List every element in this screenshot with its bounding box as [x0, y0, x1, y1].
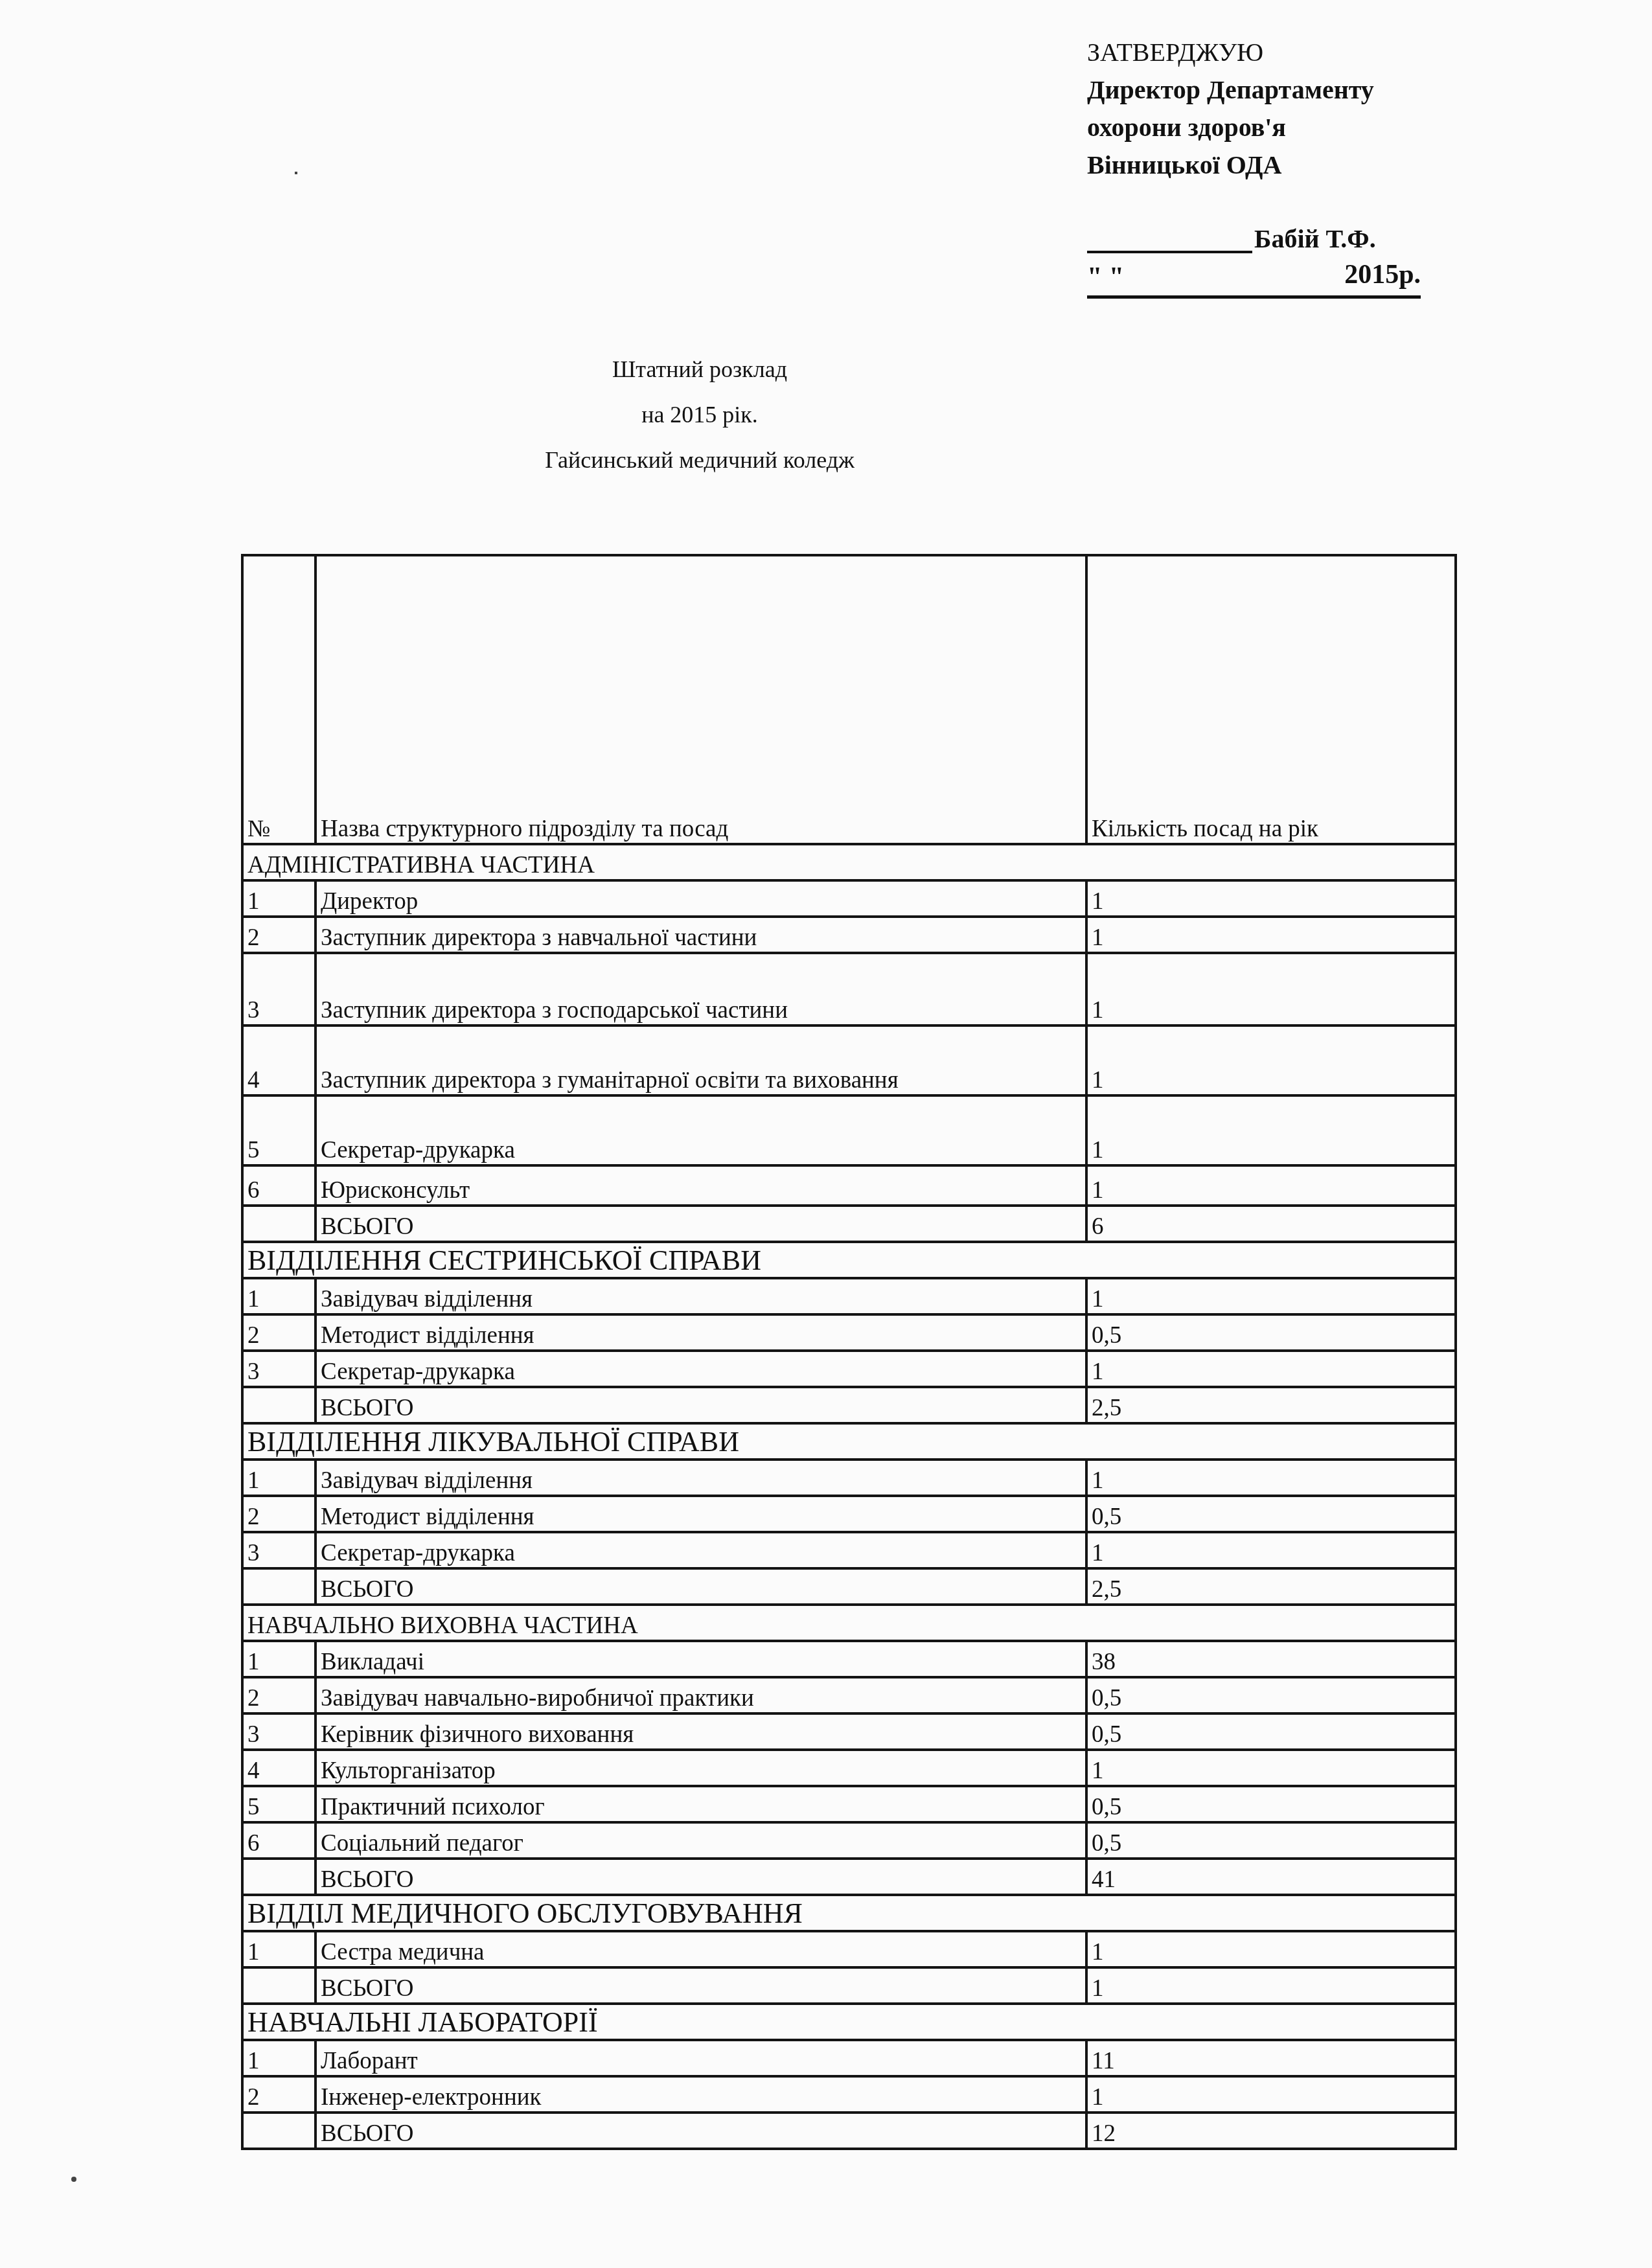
total-label: ВСЬОГО — [315, 2113, 1086, 2149]
position-quantity: 0,5 — [1086, 1786, 1456, 1822]
table-row: 3Заступник директора з господарської час… — [242, 953, 1456, 1025]
section-total-row: ВСЬОГО12 — [242, 2113, 1456, 2149]
position-quantity: 38 — [1086, 1641, 1456, 1677]
signature-line — [1087, 251, 1252, 253]
date-day-blank: " " — [1087, 262, 1124, 293]
position-quantity: 1 — [1086, 1532, 1456, 1568]
total-label: ВСЬОГО — [315, 1387, 1086, 1423]
row-number: 1 — [242, 1931, 315, 1967]
table-row: 3Секретар-друкарка1 — [242, 1351, 1456, 1387]
total-number-cell — [242, 1967, 315, 2004]
position-name: Юрисконсульт — [315, 1165, 1086, 1206]
approval-date-row: " " 2015р. — [1087, 259, 1421, 299]
row-number: 1 — [242, 2040, 315, 2076]
position-name: Секретар-друкарка — [315, 1532, 1086, 1568]
section-title: АДМІНІСТРАТИВНА ЧАСТИНА — [242, 844, 1456, 880]
total-number-cell — [242, 1859, 315, 1895]
table-row: 2Заступник директора з навчальної частин… — [242, 917, 1456, 953]
position-name: Завідувач навчально-виробничої практики — [315, 1677, 1086, 1713]
header-quantity: Кількість посад на рік — [1086, 555, 1456, 844]
table-row: 6Юрисконсульт1 — [242, 1165, 1456, 1206]
signatory-name: Бабій Т.Ф. — [1254, 223, 1376, 254]
section-header-row: ВІДДІЛЕННЯ СЕСТРИНСЬКОЇ СПРАВИ — [242, 1242, 1456, 1278]
section-total-row: ВСЬОГО2,5 — [242, 1387, 1456, 1423]
header-position-name: Назва структурного підрозділу та посад — [315, 555, 1086, 844]
table-row: 2Методист відділення0,5 — [242, 1314, 1456, 1351]
table-row: 1Завідувач відділення1 — [242, 1278, 1456, 1314]
total-label: ВСЬОГО — [315, 1206, 1086, 1242]
position-name: Інженер-електронник — [315, 2076, 1086, 2113]
row-number: 3 — [242, 1532, 315, 1568]
table-row: 6Соціальний педагог0,5 — [242, 1822, 1456, 1859]
row-number: 4 — [242, 1025, 315, 1095]
position-name: Заступник директора з навчальної частини — [315, 917, 1086, 953]
position-name: Директор — [315, 880, 1086, 917]
section-total-row: ВСЬОГО41 — [242, 1859, 1456, 1895]
position-name: Завідувач відділення — [315, 1278, 1086, 1314]
position-quantity: 0,5 — [1086, 1314, 1456, 1351]
position-quantity: 0,5 — [1086, 1822, 1456, 1859]
row-number: 5 — [242, 1095, 315, 1165]
table-row: 2Завідувач навчально-виробничої практики… — [242, 1677, 1456, 1713]
approval-position-line-1: Директор Департаменту — [1087, 71, 1450, 109]
position-name: Заступник директора з гуманітарної освіт… — [315, 1025, 1086, 1095]
position-name: Керівник фізичного виховання — [315, 1713, 1086, 1750]
section-header-row: ВІДДІЛЕННЯ ЛІКУВАЛЬНОЇ СПРАВИ — [242, 1423, 1456, 1460]
position-quantity: 1 — [1086, 1351, 1456, 1387]
section-header-row: ВІДДІЛ МЕДИЧНОГО ОБСЛУГОВУВАННЯ — [242, 1895, 1456, 1931]
position-name: Викладачі — [315, 1641, 1086, 1677]
approval-position-line-2: охорони здоров'я — [1087, 109, 1450, 146]
total-label: ВСЬОГО — [315, 1859, 1086, 1895]
position-quantity: 1 — [1086, 917, 1456, 953]
position-name: Сестра медична — [315, 1931, 1086, 1967]
row-number: 1 — [242, 1641, 315, 1677]
document-title: Штатний розклад на 2015 рік. Гайсинський… — [492, 350, 907, 486]
row-number: 3 — [242, 953, 315, 1025]
total-number-cell — [242, 1206, 315, 1242]
title-line-1: Штатний розклад — [492, 350, 907, 395]
approval-block: ЗАТВЕРДЖУЮ Директор Департаменту охорони… — [1087, 34, 1450, 184]
position-name: Практичний психолог — [315, 1786, 1086, 1822]
position-name: Заступник директора з господарської част… — [315, 953, 1086, 1025]
total-number-cell — [242, 1387, 315, 1423]
section-header-row: АДМІНІСТРАТИВНА ЧАСТИНА — [242, 844, 1456, 880]
position-quantity: 1 — [1086, 880, 1456, 917]
table-row: 2Інженер-електронник1 — [242, 2076, 1456, 2113]
total-value: 41 — [1086, 1859, 1456, 1895]
total-label: ВСЬОГО — [315, 1568, 1086, 1605]
table-row: 4Культорганізатор1 — [242, 1750, 1456, 1786]
position-name: Методист відділення — [315, 1314, 1086, 1351]
position-name: Соціальний педагог — [315, 1822, 1086, 1859]
row-number: 1 — [242, 880, 315, 917]
row-number: 5 — [242, 1786, 315, 1822]
position-quantity: 1 — [1086, 1165, 1456, 1206]
row-number: 6 — [242, 1822, 315, 1859]
position-name: Лаборант — [315, 2040, 1086, 2076]
table-row: 1Лаборант11 — [242, 2040, 1456, 2076]
total-value: 2,5 — [1086, 1568, 1456, 1605]
table-row: 3Секретар-друкарка1 — [242, 1532, 1456, 1568]
total-number-cell — [242, 2113, 315, 2149]
row-number: 3 — [242, 1351, 315, 1387]
section-title: НАВЧАЛЬНО ВИХОВНА ЧАСТИНА — [242, 1605, 1456, 1641]
position-quantity: 1 — [1086, 953, 1456, 1025]
row-number: 2 — [242, 1314, 315, 1351]
row-number: 2 — [242, 917, 315, 953]
position-quantity: 1 — [1086, 1025, 1456, 1095]
title-institution: Гайсинський медичний коледж — [395, 441, 1004, 486]
table-row: 5Секретар-друкарка1 — [242, 1095, 1456, 1165]
position-quantity: 0,5 — [1086, 1496, 1456, 1532]
total-value: 2,5 — [1086, 1387, 1456, 1423]
section-total-row: ВСЬОГО2,5 — [242, 1568, 1456, 1605]
table-row: 1Завідувач відділення1 — [242, 1460, 1456, 1496]
position-quantity: 11 — [1086, 2040, 1456, 2076]
position-quantity: 1 — [1086, 1460, 1456, 1496]
table-row: 2Методист відділення0,5 — [242, 1496, 1456, 1532]
date-year: 2015р. — [1344, 259, 1421, 290]
table-row: 5Практичний психолог0,5 — [242, 1786, 1456, 1822]
total-value: 1 — [1086, 1967, 1456, 2004]
total-value: 12 — [1086, 2113, 1456, 2149]
row-number: 3 — [242, 1713, 315, 1750]
position-quantity: 1 — [1086, 1750, 1456, 1786]
section-title: ВІДДІЛЕННЯ ЛІКУВАЛЬНОЇ СПРАВИ — [242, 1423, 1456, 1460]
position-quantity: 0,5 — [1086, 1713, 1456, 1750]
section-title: ВІДДІЛ МЕДИЧНОГО ОБСЛУГОВУВАННЯ — [242, 1895, 1456, 1931]
row-number: 2 — [242, 1496, 315, 1532]
signature-row: Бабій Т.Ф. — [1087, 223, 1424, 257]
row-number: 6 — [242, 1165, 315, 1206]
row-number: 2 — [242, 1677, 315, 1713]
row-number: 1 — [242, 1460, 315, 1496]
table-row: 4Заступник директора з гуманітарної осві… — [242, 1025, 1456, 1095]
section-header-row: НАВЧАЛЬНІ ЛАБОРАТОРІЇ — [242, 2004, 1456, 2040]
row-number: 1 — [242, 1278, 315, 1314]
section-total-row: ВСЬОГО6 — [242, 1206, 1456, 1242]
table-header-row: № Назва структурного підрозділу та посад… — [242, 555, 1456, 844]
position-name: Методист відділення — [315, 1496, 1086, 1532]
table-row: 1Викладачі38 — [242, 1641, 1456, 1677]
section-total-row: ВСЬОГО1 — [242, 1967, 1456, 2004]
section-title: ВІДДІЛЕННЯ СЕСТРИНСЬКОЇ СПРАВИ — [242, 1242, 1456, 1278]
row-number: 4 — [242, 1750, 315, 1786]
staff-schedule-table: № Назва структурного підрозділу та посад… — [241, 554, 1457, 2150]
row-number: 2 — [242, 2076, 315, 2113]
position-quantity: 0,5 — [1086, 1677, 1456, 1713]
table-row: 1Сестра медична1 — [242, 1931, 1456, 1967]
position-name: Секретар-друкарка — [315, 1351, 1086, 1387]
scan-speck — [295, 172, 297, 174]
approval-stamp: ЗАТВЕРДЖУЮ — [1087, 34, 1450, 71]
position-quantity: 1 — [1086, 2076, 1456, 2113]
table-row: 3Керівник фізичного виховання0,5 — [242, 1713, 1456, 1750]
table-body: АДМІНІСТРАТИВНА ЧАСТИНА1Директор12Заступ… — [242, 844, 1456, 2149]
approval-position-line-3: Вінницької ОДА — [1087, 146, 1450, 184]
header-number: № — [242, 555, 315, 844]
section-title: НАВЧАЛЬНІ ЛАБОРАТОРІЇ — [242, 2004, 1456, 2040]
position-quantity: 1 — [1086, 1095, 1456, 1165]
position-name: Культорганізатор — [315, 1750, 1086, 1786]
table-row: 1Директор1 — [242, 880, 1456, 917]
section-header-row: НАВЧАЛЬНО ВИХОВНА ЧАСТИНА — [242, 1605, 1456, 1641]
position-name: Секретар-друкарка — [315, 1095, 1086, 1165]
position-name: Завідувач відділення — [315, 1460, 1086, 1496]
total-value: 6 — [1086, 1206, 1456, 1242]
title-line-2: на 2015 рік. — [492, 395, 907, 441]
total-number-cell — [242, 1568, 315, 1605]
position-quantity: 1 — [1086, 1931, 1456, 1967]
position-quantity: 1 — [1086, 1278, 1456, 1314]
total-label: ВСЬОГО — [315, 1967, 1086, 2004]
scan-speck — [71, 2177, 76, 2182]
